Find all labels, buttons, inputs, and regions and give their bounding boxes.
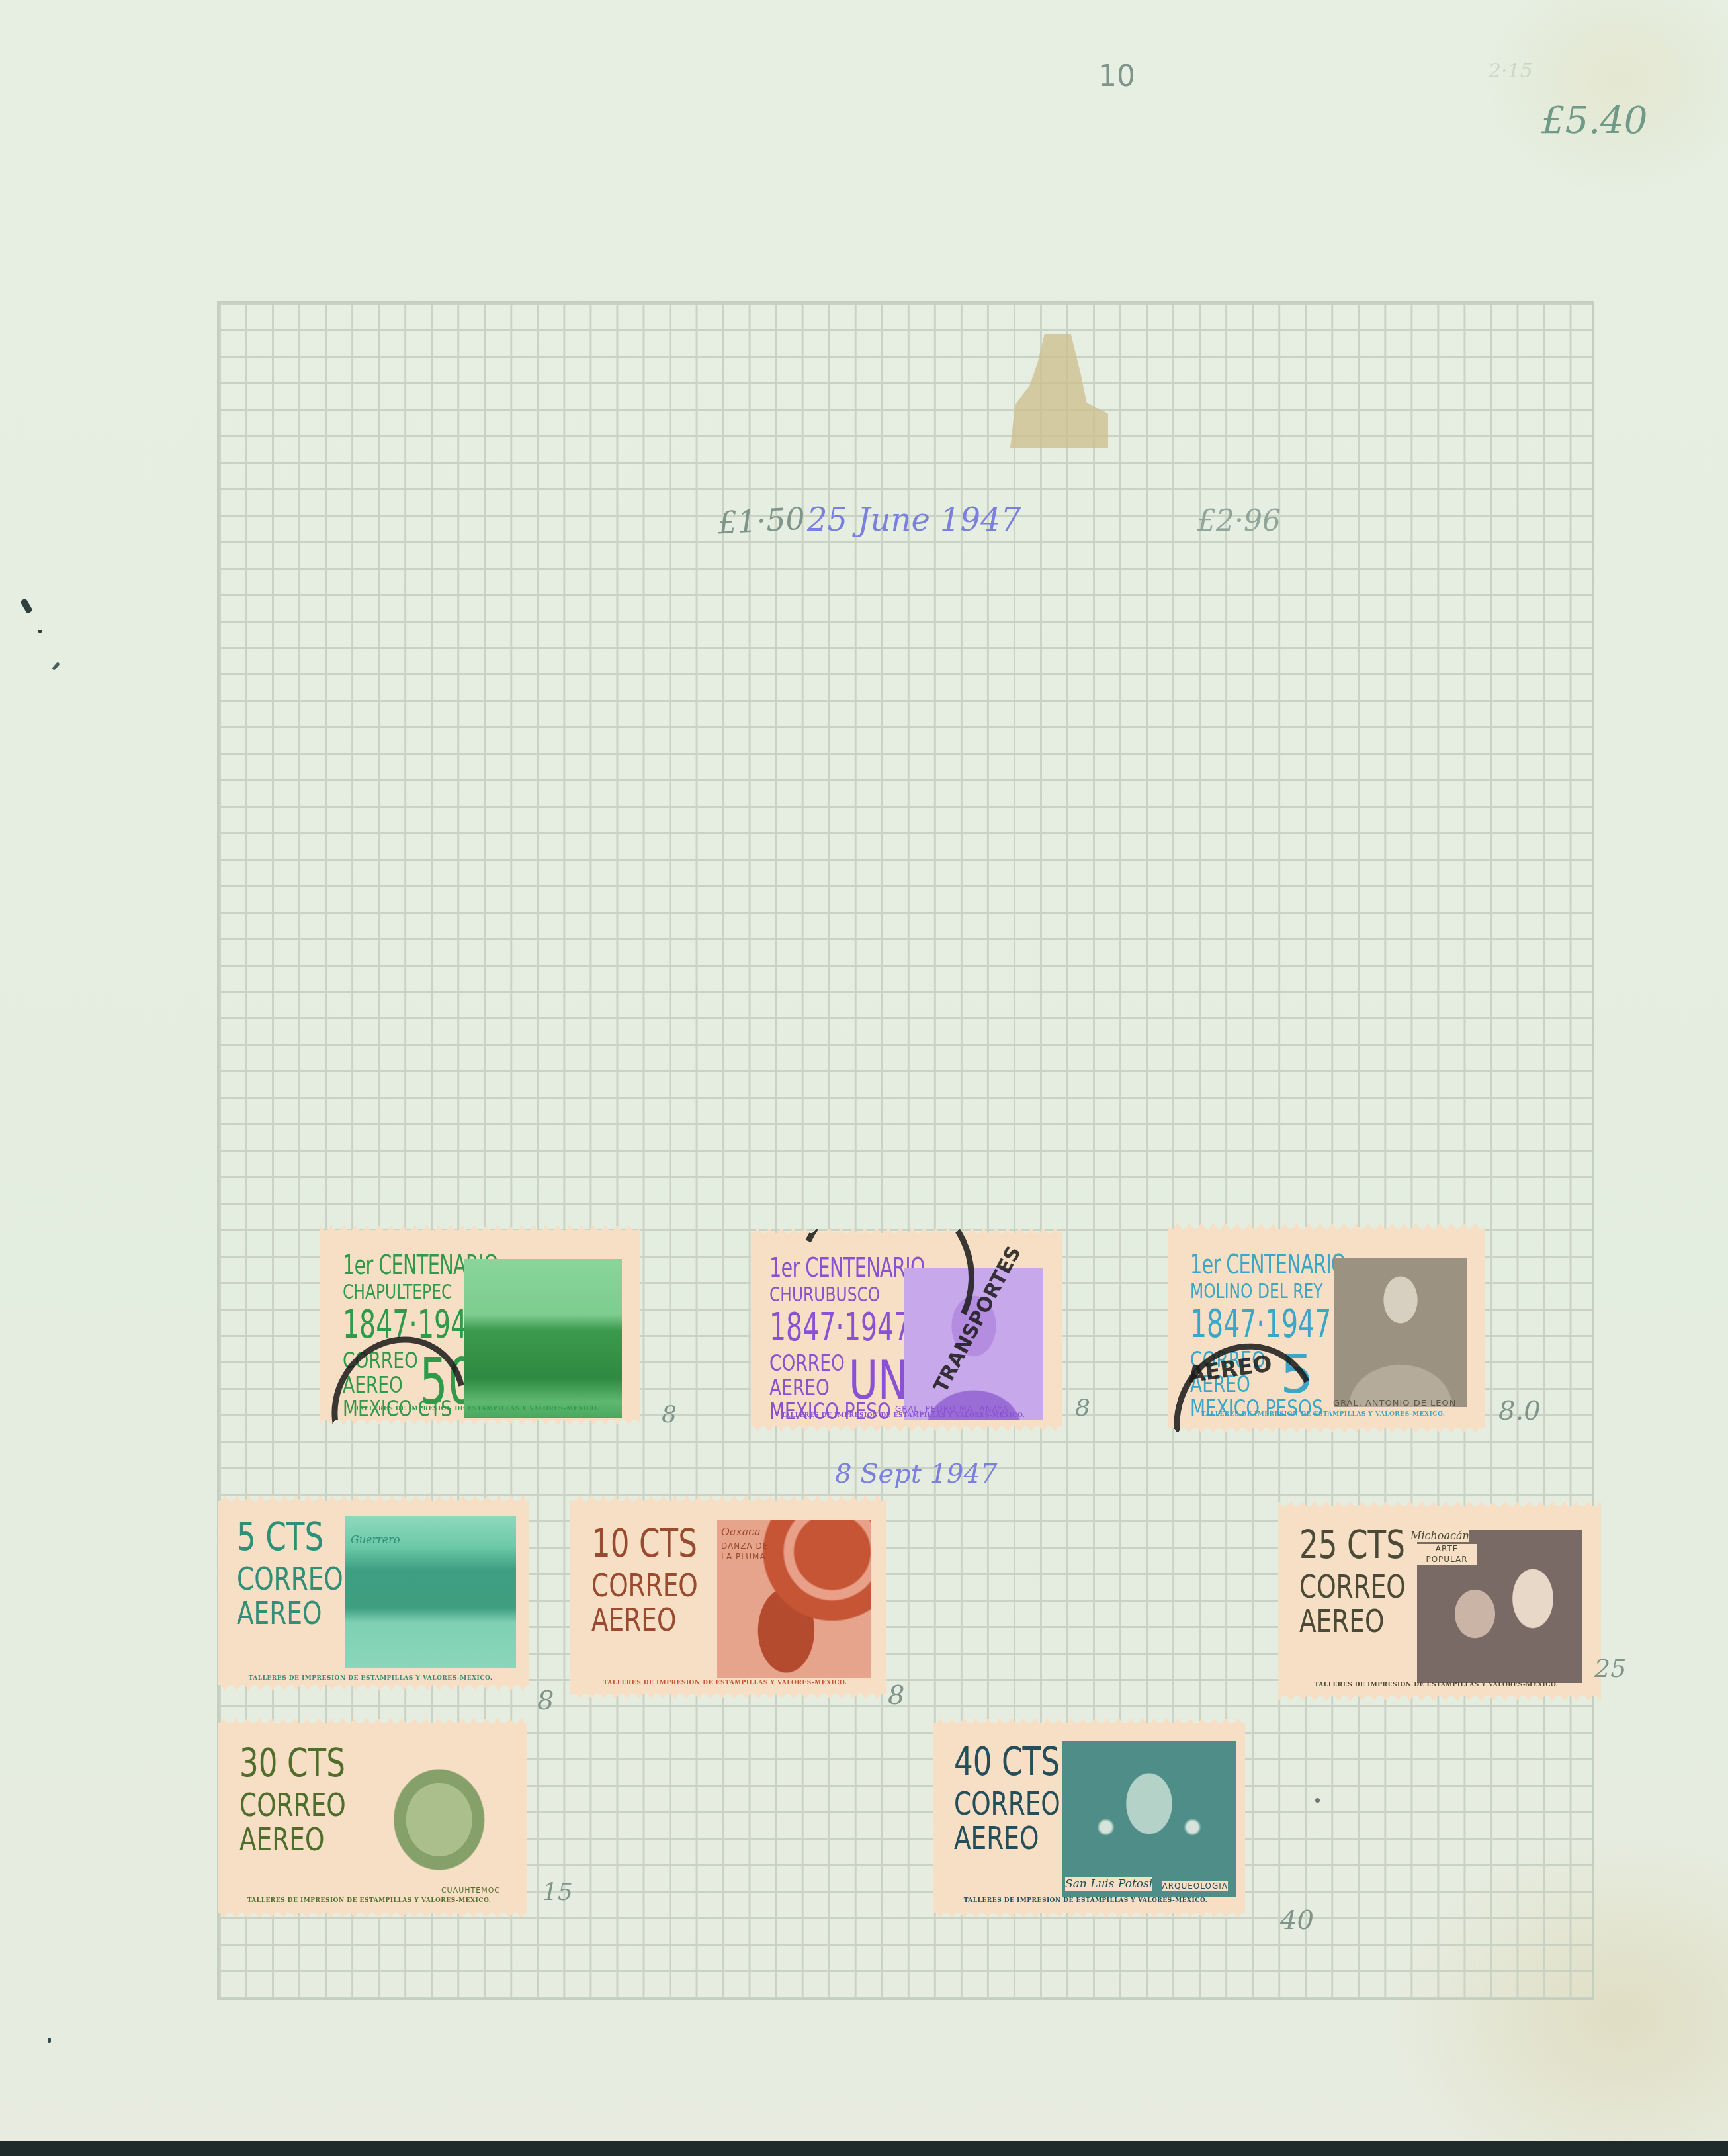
margin-speck <box>38 630 42 633</box>
page-number: 10 <box>1098 60 1135 93</box>
margin-speck <box>48 2038 51 2043</box>
row1-date: 25 June 1947 <box>807 501 1021 539</box>
stamp-molino-del-rey: 1er CENTENARIO MOLINO DEL REY 1847·1947 … <box>1168 1224 1485 1432</box>
stamp-note: 25 <box>1594 1654 1626 1683</box>
stamp-note: 8 <box>1075 1395 1090 1422</box>
stamp-oaxaca-10cts: 10 CTS CORREO AEREO MEXICO Oaxaca DANZA … <box>570 1496 886 1698</box>
stamp-note: 8 <box>537 1686 554 1716</box>
stamp-michoacan-25cts: 25 CTS CORREO AEREO MEXICO Michoacán ART… <box>1278 1502 1601 1700</box>
faint-note: 2·15 <box>1489 60 1533 83</box>
stamp-cuauhtemoc-30cts: 30 CTS CORREO AEREO MEXICO CUAUHTEMOC TA… <box>218 1719 527 1917</box>
stamp-note: 15 <box>542 1879 573 1906</box>
stamp-guerrero-5cts: 5 CTS CORREO AEREO MEXICO Guerrero TALLE… <box>218 1496 529 1690</box>
stamp-chapultepec: 1er CENTENARIO CHAPULTEPEC 1847·1947 COR… <box>320 1226 640 1424</box>
scan-edge <box>0 2141 1728 2156</box>
stamp-note: 40 <box>1280 1905 1314 1936</box>
page-speck <box>1315 1798 1320 1803</box>
stamp-san-luis-potosi-40cts: 40 CTS CORREO AEREO MEXICO San Luis Poto… <box>933 1719 1245 1917</box>
row2-date: 8 Sept 1947 <box>835 1459 997 1489</box>
stamp-note: 8 <box>888 1680 904 1711</box>
arqueologia-figure-image <box>1062 1741 1236 1897</box>
cuauhtemoc-portrait-image <box>357 1745 506 1894</box>
stamp-churubusco: 1er CENTENARIO CHURUBUSCO 1847·1947 CORR… <box>751 1229 1062 1431</box>
total-value-note: £5.40 <box>1541 99 1647 142</box>
stamp-note: 8.0 <box>1498 1396 1541 1426</box>
leon-portrait-image <box>1334 1258 1467 1407</box>
row1-price-right: £2·96 <box>1197 504 1281 538</box>
chapultepec-castle-image <box>464 1259 622 1418</box>
row1-price-left: £1·50 <box>717 501 806 541</box>
stamp-note: 8 <box>662 1401 677 1428</box>
